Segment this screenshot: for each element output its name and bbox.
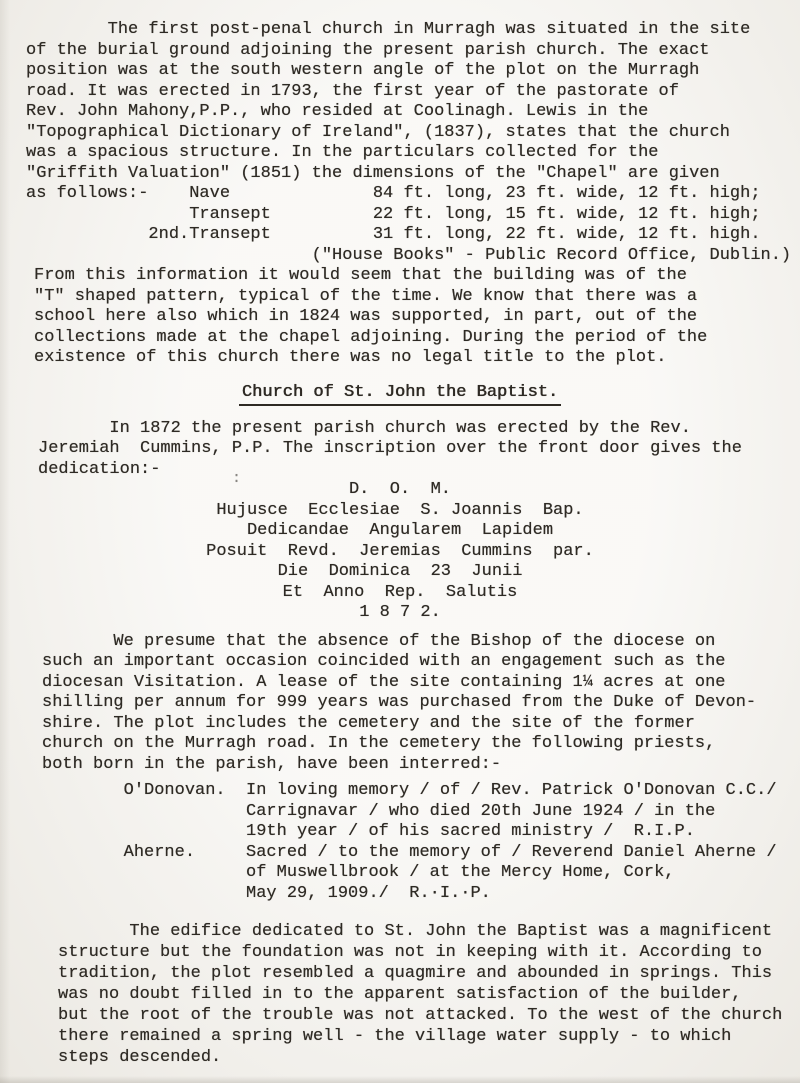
text-line: D. O. M. [0,480,800,501]
text-line: Posuit Revd. Jeremias Cummins par. [0,542,800,563]
text-line: shire. The plot includes the cemetery an… [42,714,800,735]
paragraph-lease-cemetery: We presume that the absence of the Bisho… [42,632,800,776]
chapel-dimensions-table: Transept 22 ft. long, 15 ft. wide, 12 ft… [26,205,800,267]
text-line: The first post-penal church in Murragh w… [26,20,800,41]
text-line: was a spacious structure. In the particu… [26,143,800,164]
text-line: May 29, 1909./ R.·I.·P. [42,884,800,905]
text-line: structure but the foundation was not in … [58,942,800,963]
text-line: there remained a spring well - the villa… [58,1026,800,1047]
section-heading-row: Church of St. John the Baptist. [0,383,800,405]
text-line: Rev. John Mahony,P.P., who resided at Co… [26,102,800,123]
text-line: collections made at the chapel adjoining… [34,328,800,349]
text-line: 1 8 7 2. [0,603,800,624]
text-line: O'Donovan. In loving memory / of / Rev. … [42,781,800,802]
text-line: school here also which in 1824 was suppo… [34,307,800,328]
text-line: dedication:- [38,460,800,481]
text-line: Transept 22 ft. long, 15 ft. wide, 12 ft… [26,205,800,226]
text-line: both born in the parish, have been inter… [42,755,800,776]
text-line: position was at the south western angle … [26,61,800,82]
interred-priests-list: O'Donovan. In loving memory / of / Rev. … [42,781,800,904]
text-line: tradition, the plot resembled a quagmire… [58,963,800,984]
section-heading: Church of St. John the Baptist. [239,383,561,407]
text-line: as follows:- Nave 84 ft. long, 23 ft. wi… [26,184,800,205]
text-line: was no doubt filled in to the apparent s… [58,984,800,1005]
text-line: 19th year / of his sacred ministry / R.I… [42,822,800,843]
text-line: "Topographical Dictionary of Ireland", (… [26,123,800,144]
scanned-page: The first post-penal church in Murragh w… [0,0,800,1083]
text-line: of Muswellbrook / at the Mercy Home, Cor… [42,863,800,884]
paragraph-t-shaped-pattern: From this information it would seem that… [34,266,800,369]
text-line: We presume that the absence of the Bisho… [42,632,800,653]
text-line: Hujusce Ecclesiae S. Joannis Bap. [0,501,800,522]
scan-bottom-shading [0,1076,800,1083]
text-line: Carrignavar / who died 20th June 1924 / … [42,802,800,823]
text-line: In 1872 the present parish church was er… [38,419,800,440]
dedication-inscription: D. O. M.Hujusce Ecclesiae S. Joannis Bap… [0,480,800,624]
text-line: Jeremiah Cummins, P.P. The inscription o… [38,439,800,460]
text-line: Die Dominica 23 Junii [0,562,800,583]
text-line: existence of this church there was no le… [34,348,800,369]
text-line: Aherne. Sacred / to the memory of / Reve… [42,843,800,864]
paragraph-1872-erection: In 1872 the present parish church was er… [38,419,800,481]
text-line: Dedicandae Angularem Lapidem [0,521,800,542]
text-line: From this information it would seem that… [34,266,800,287]
text-line: of the burial ground adjoining the prese… [26,41,800,62]
paragraph-edifice-foundation: The edifice dedicated to St. John the Ba… [58,921,800,1068]
text-line: Et Anno Rep. Salutis [0,583,800,604]
text-line: "Griffith Valuation" (1851) the dimensio… [26,164,800,185]
text-line: diocesan Visitation. A lease of the site… [42,673,800,694]
text-line: steps descended. [58,1047,800,1068]
text-line: church on the Murragh road. In the cemet… [42,734,800,755]
text-line: shilling per annum for 999 years was pur… [42,693,800,714]
text-line: but the root of the trouble was not atta… [58,1005,800,1026]
text-line: ("House Books" - Public Record Office, D… [26,246,800,267]
text-line: The edifice dedicated to St. John the Ba… [58,921,800,942]
stray-ink-mark: : [232,470,241,487]
paragraph-first-church: The first post-penal church in Murragh w… [26,0,800,205]
text-line: such an important occasion coincided wit… [42,652,800,673]
text-line: road. It was erected in 1793, the first … [26,82,800,103]
text-line: 2nd.Transept 31 ft. long, 22 ft. wide, 1… [26,225,800,246]
text-line: "T" shaped pattern, typical of the time.… [34,287,800,308]
